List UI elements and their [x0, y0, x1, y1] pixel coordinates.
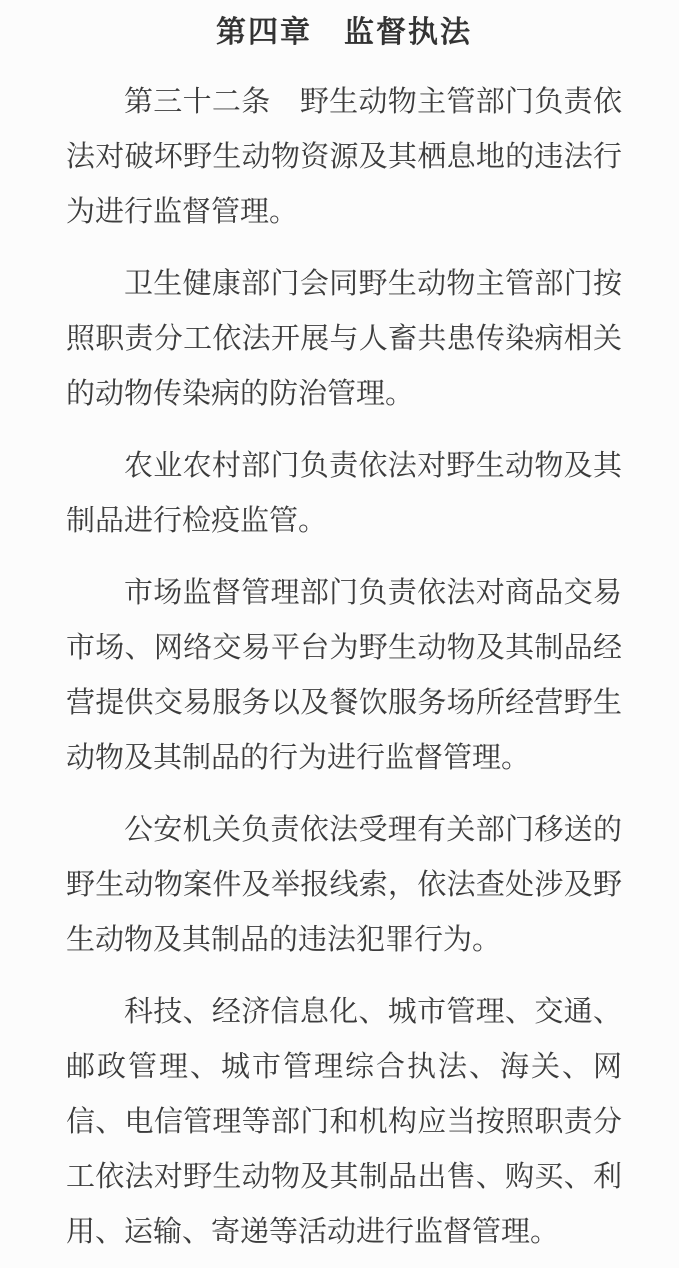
article-32-clause-1: 第三十二条 野生动物主管部门负责依法对破坏野生动物资源及其栖息地的违法行为进行监…: [66, 75, 622, 240]
article-32-clause-5: 公安机关负责依法受理有关部门移送的野生动物案件及举报线索，依法查处涉及野生动物及…: [66, 803, 622, 968]
article-32-clause-4: 市场监督管理部门负责依法对商品交易市场、网络交易平台为野生动物及其制品经营提供交…: [66, 566, 622, 786]
chapter-title: 第四章 监督执法: [66, 5, 622, 61]
document-page: 第四章 监督执法 第三十二条 野生动物主管部门负责依法对破坏野生动物资源及其栖息…: [0, 0, 679, 1268]
article-32-clause-3: 农业农村部门负责依法对野生动物及其制品进行检疫监管。: [66, 439, 622, 549]
article-32-clause-2: 卫生健康部门会同野生动物主管部门按照职责分工依法开展与人畜共患传染病相关的动物传…: [66, 257, 622, 422]
article-32-clause-6: 科技、经济信息化、城市管理、交通、邮政管理、城市管理综合执法、海关、网信、电信管…: [66, 985, 622, 1260]
